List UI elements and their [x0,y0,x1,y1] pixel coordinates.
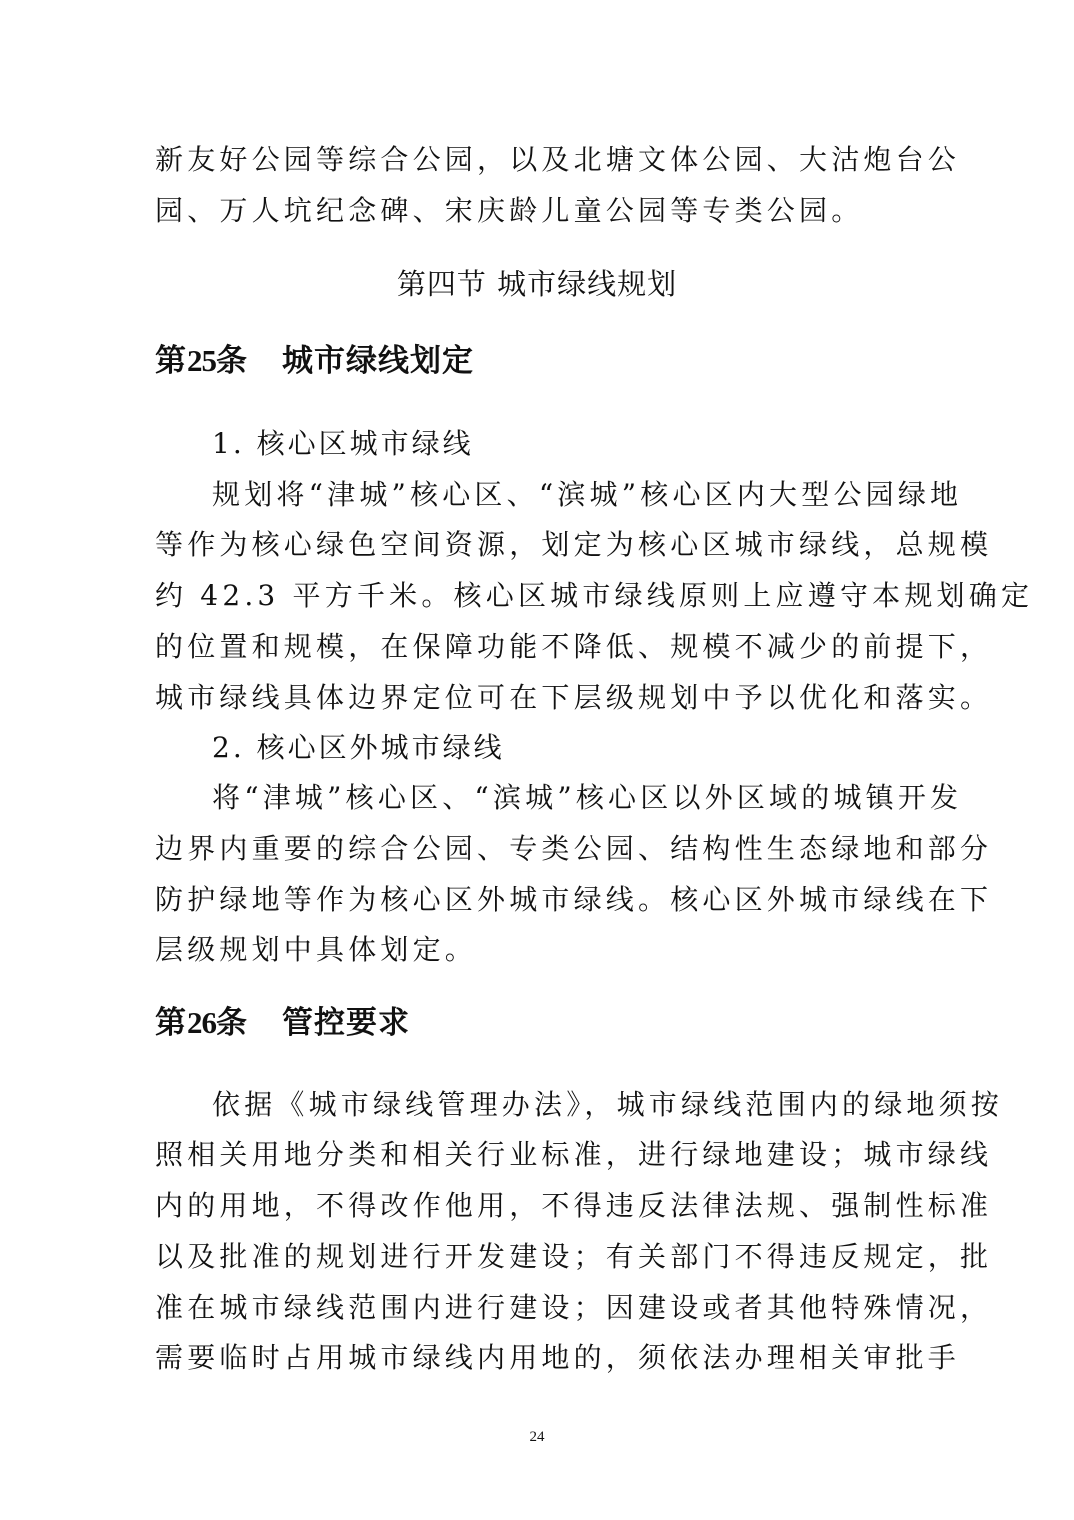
paragraph-line: 城市绿线具体边界定位可在下层级规划中予以优化和落实。 [155,680,931,716]
article-number: 26 [187,1005,216,1040]
section-heading: 第四节 城市绿线规划 [0,266,1074,302]
item-heading-2: 2. 核心区外城市绿线 [212,730,505,766]
paragraph-line: 等作为核心绿色空间资源，划定为核心区城市绿线，总规模 [155,527,931,563]
article-heading-26: 第26条管控要求 [155,1003,410,1043]
paragraph-line: 的位置和规模，在保障功能不降低、规模不减少的前提下， [155,629,931,665]
item-heading-1: 1. 核心区城市绿线 [212,426,474,462]
page-number: 24 [0,1428,1074,1446]
article-heading-25: 第25条城市绿线划定 [155,341,474,381]
article-title: 管控要求 [282,1005,410,1041]
paragraph-line: 准在城市绿线范围内进行建设；因建设或者其他特殊情况， [155,1290,931,1326]
paragraph-line: 边界内重要的综合公园、专类公园、结构性生态绿地和部分 [155,831,931,867]
article-number: 25 [187,343,216,378]
article-title: 城市绿线划定 [282,343,474,379]
article-suffix: 条 [216,343,248,379]
article-prefix: 第 [155,343,187,379]
paragraph-line: 防护绿地等作为核心区外城市绿线。核心区外城市绿线在下 [155,882,931,918]
paragraph-line: 层级规划中具体划定。 [155,932,931,968]
paragraph-line: 约 42.3 平方千米。核心区城市绿线原则上应遵守本规划确定 [155,578,931,614]
paragraph-line: 园、万人坑纪念碑、宋庆龄儿童公园等专类公园。 [155,193,931,229]
paragraph-line: 新友好公园等综合公园，以及北塘文体公园、大沽炮台公 [155,142,931,178]
article-suffix: 条 [216,1005,248,1041]
paragraph-line: 以及批准的规划进行开发建设；有关部门不得违反规定，批 [155,1239,931,1275]
paragraph-line: 将“津城”核心区、“滨城”核心区以外区域的城镇开发 [212,780,931,816]
article-prefix: 第 [155,1005,187,1041]
paragraph-line: 规划将“津城”核心区、“滨城”核心区内大型公园绿地 [212,477,931,513]
paragraph-line: 内的用地，不得改作他用，不得违反法律法规、强制性标准 [155,1188,931,1224]
document-page: 新友好公园等综合公园，以及北塘文体公园、大沽炮台公 园、万人坑纪念碑、宋庆龄儿童… [0,0,1074,1520]
paragraph-line: 依据《城市绿线管理办法》，城市绿线范围内的绿地须按 [212,1087,931,1123]
paragraph-line: 需要临时占用城市绿线内用地的，须依法办理相关审批手 [155,1340,931,1376]
paragraph-line: 照相关用地分类和相关行业标准，进行绿地建设；城市绿线 [155,1137,931,1173]
